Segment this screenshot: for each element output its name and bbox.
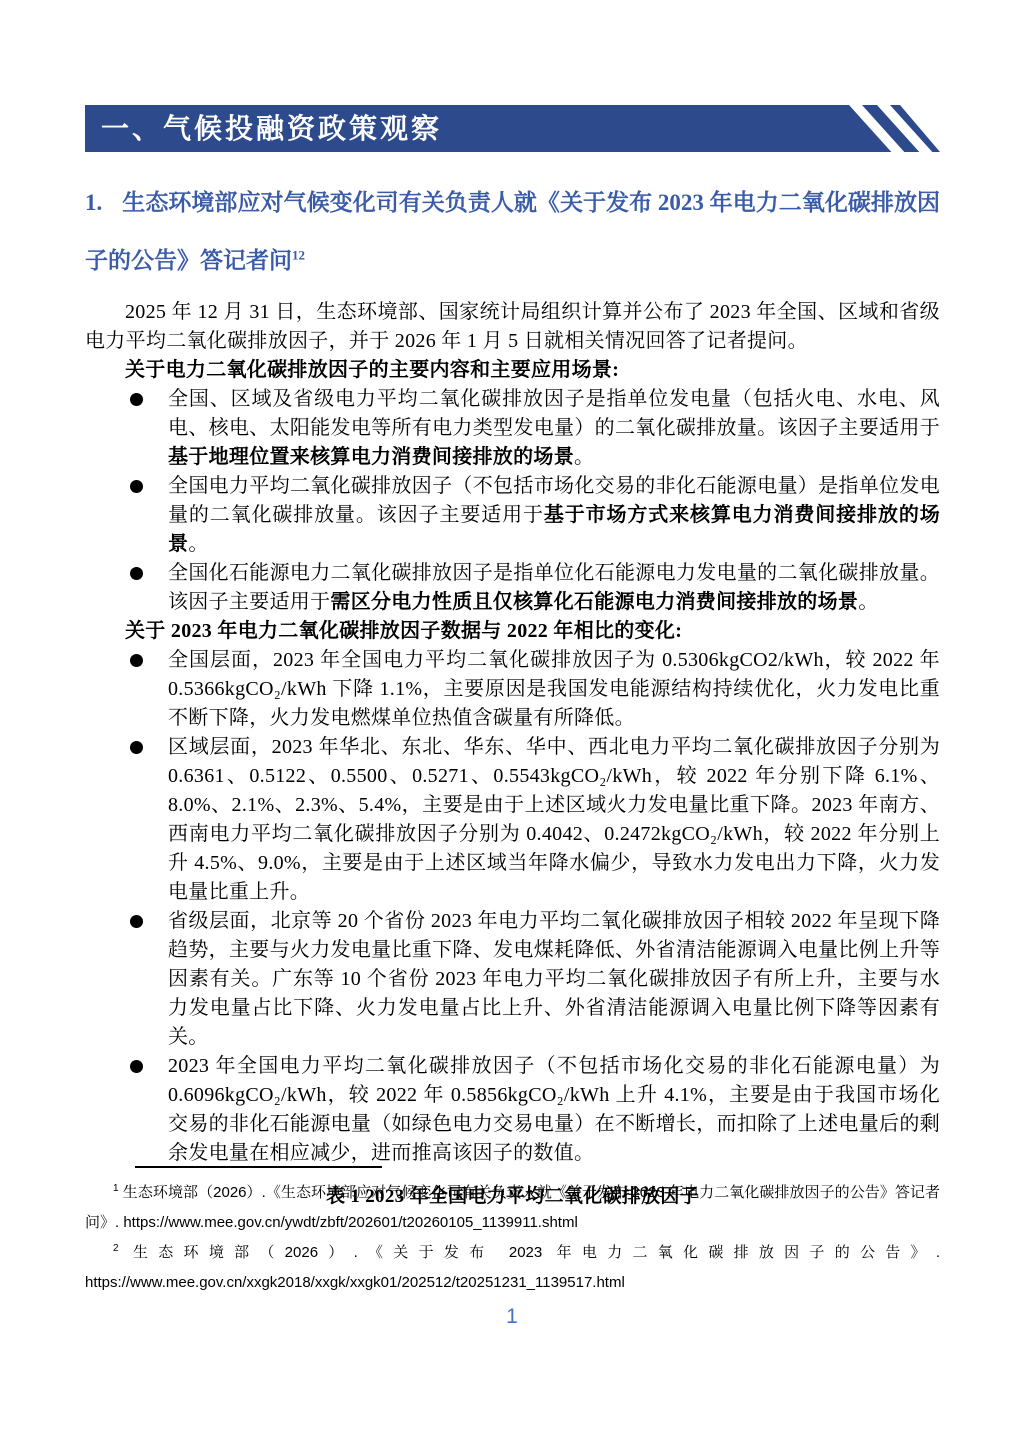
page-content: 一、气候投融资政策观察 1.生态环境部应对气候变化司有关负责人就《关于发布 20…	[85, 0, 940, 1211]
intro-paragraph: 2025 年 12 月 31 日，生态环境部、国家统计局组织计算并公布了 202…	[85, 298, 940, 356]
bullet-list-changes: 全国层面，2023 年全国电力平均二氧化碳排放因子为 0.5306kgCO2/k…	[85, 646, 940, 1168]
bullet-text: 区域层面，2023 年华北、东北、华东、华中、西北电力平均二氧化碳排放因子分别为…	[168, 736, 940, 903]
bullet-text: 。	[188, 533, 208, 555]
bullet-icon	[130, 741, 143, 754]
list-item: 全国电力平均二氧化碳排放因子（不包括市场化交易的非化石能源电量）是指单位发电量的…	[85, 472, 940, 559]
bullet-icon	[130, 654, 143, 667]
bullet-text: 省级层面，北京等 20 个省份 2023 年电力平均二氧化碳排放因子相较 202…	[168, 910, 940, 1048]
heading-text: 生态环境部应对气候变化司有关负责人就《关于发布 2023 年电力二氧化碳排放因子…	[85, 190, 940, 273]
footnote-1: 1 生态环境部（2026）.《生态环境部应对气候变化司有关负责人就《关于发布 2…	[85, 1178, 940, 1238]
heading-footnote-ref: 12	[292, 247, 305, 262]
footnote-link[interactable]: https://www.mee.gov.cn/xxgk2018/xxgk/xxg…	[85, 1274, 625, 1291]
list-item: 区域层面，2023 年华北、东北、华东、华中、西北电力平均二氧化碳排放因子分别为…	[85, 733, 940, 907]
list-item: 2023 年全国电力平均二氧化碳排放因子（不包括市场化交易的非化石能源电量）为 …	[85, 1052, 940, 1168]
subhead-contents-scenarios: 关于电力二氧化碳排放因子的主要内容和主要应用场景:	[85, 356, 940, 385]
bullet-text: 。	[574, 446, 594, 468]
footnote-2: 2 生态环境部（2026）.《关于发布 2023 年电力二氧化碳排放因子的公告》…	[85, 1238, 940, 1298]
bullet-icon	[130, 567, 143, 580]
bullet-text: 2023 年全国电力平均二氧化碳排放因子（不包括市场化交易的非化石能源电量）为 …	[168, 1055, 940, 1164]
list-item: 省级层面，北京等 20 个省份 2023 年电力平均二氧化碳排放因子相较 202…	[85, 907, 940, 1052]
article-heading: 1.生态环境部应对气候变化司有关负责人就《关于发布 2023 年电力二氧化碳排放…	[85, 174, 940, 290]
list-item: 全国、区域及省级电力平均二氧化碳排放因子是指单位发电量（包括火电、水电、风电、核…	[85, 385, 940, 472]
bullet-text-bold: 基于地理位置来核算电力消费间接排放的场景	[168, 446, 574, 468]
bullet-text-bold: 需区分电力性质且仅核算化石能源电力消费间接排放的场景	[330, 591, 858, 613]
bullet-text: 。	[858, 591, 878, 613]
bullet-icon	[130, 915, 143, 928]
section-banner: 一、气候投融资政策观察	[85, 105, 940, 152]
footnote-text: 生态环境部（2026）.《关于发布 2023 年电力二氧化碳排放因子的公告》.	[119, 1244, 940, 1261]
list-item: 全国层面，2023 年全国电力平均二氧化碳排放因子为 0.5306kgCO2/k…	[85, 646, 940, 733]
bullet-text: 全国层面，2023 年全国电力平均二氧化碳排放因子为 0.5306kgCO2/k…	[168, 649, 940, 729]
heading-number: 1.	[85, 190, 102, 215]
banner-title: 一、气候投融资政策观察	[85, 105, 442, 152]
bullet-icon	[130, 393, 143, 406]
footnote-link[interactable]: https://www.mee.gov.cn/ywdt/zbft/202601/…	[123, 1214, 577, 1231]
bullet-icon	[130, 480, 143, 493]
bullet-list-scenarios: 全国、区域及省级电力平均二氧化碳排放因子是指单位发电量（包括火电、水电、风电、核…	[85, 385, 940, 617]
footnote-separator	[135, 1166, 382, 1168]
bullet-icon	[130, 1060, 143, 1073]
page-number: 1	[0, 1305, 1024, 1329]
footnote-area: 1 生态环境部（2026）.《生态环境部应对气候变化司有关负责人就《关于发布 2…	[85, 1166, 940, 1298]
list-item: 全国化石能源电力二氧化碳排放因子是指单位化石能源电力发电量的二氧化碳排放量。该因…	[85, 559, 940, 617]
subhead-changes-vs-2022: 关于 2023 年电力二氧化碳排放因子数据与 2022 年相比的变化:	[85, 617, 940, 646]
bullet-text: 全国、区域及省级电力平均二氧化碳排放因子是指单位发电量（包括火电、水电、风电、核…	[168, 388, 940, 439]
